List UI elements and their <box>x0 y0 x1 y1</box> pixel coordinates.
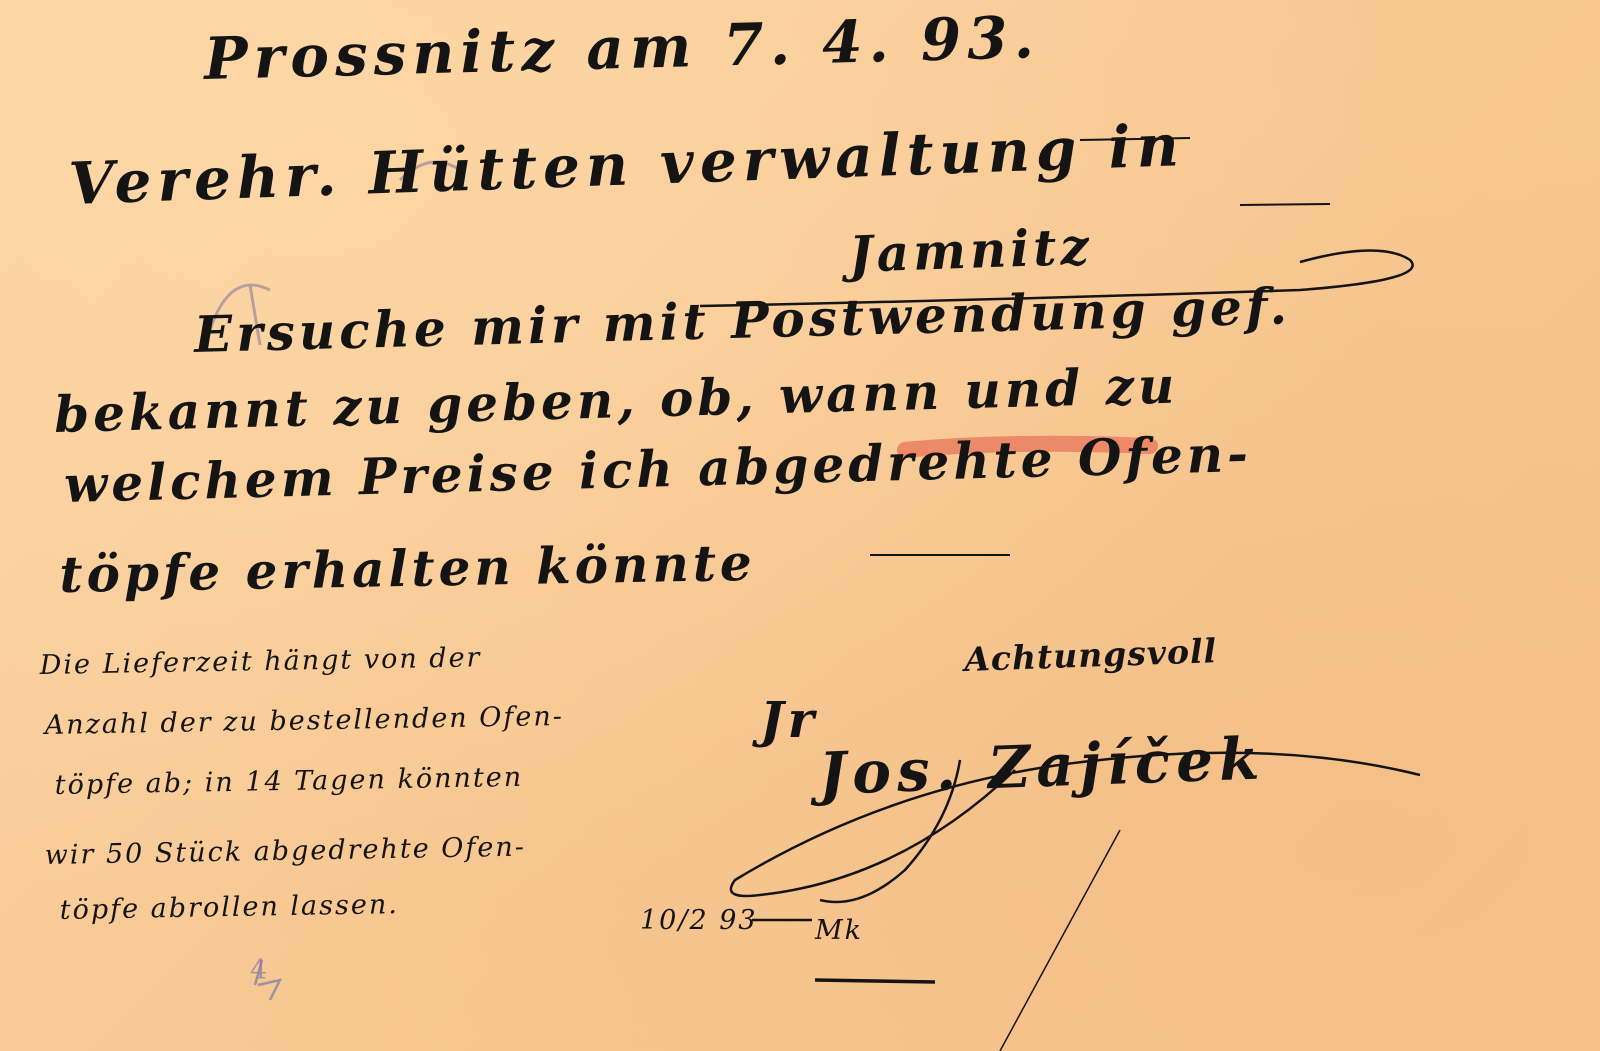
initials-underline <box>815 980 935 982</box>
reply-line-4: wir 50 Stück abgedrehte Ofen- <box>44 832 526 871</box>
salutation: Verehr. Hütten verwaltung in <box>68 111 1186 218</box>
signature-prefix: Jr <box>760 690 818 749</box>
body-line-4: töpfe erhalten könnte <box>59 533 756 604</box>
postcard: Prossnitz am 7. 4. 93. Verehr. Hütten ve… <box>0 0 1600 1051</box>
reply-line-3: töpfe ab; in 14 Tagen könnten <box>54 762 523 801</box>
ofen-crossbar <box>1240 204 1330 205</box>
pencil-number: 4 <box>250 955 269 986</box>
signature: Jos. Zajíček <box>818 724 1267 808</box>
recipient-place: Jamnitz <box>848 217 1094 284</box>
reply-line-1: Die Lieferzeit hängt von der <box>39 642 481 681</box>
signature-descender <box>1000 830 1120 1051</box>
reply-line-2: Anzahl der zu bestellenden Ofen- <box>44 701 564 741</box>
place-date: Prossnitz am 7. 4. 93. <box>203 3 1040 93</box>
reply-line-5: töpfe abrollen lassen. <box>59 889 399 926</box>
reply-date: 10/2 93 <box>640 905 758 936</box>
reply-initials: Mk <box>815 915 863 946</box>
body-line-1: Ersuche mir mit Postwendung gef. <box>193 276 1291 364</box>
closing-regards: Achtungsvoll <box>964 631 1218 679</box>
